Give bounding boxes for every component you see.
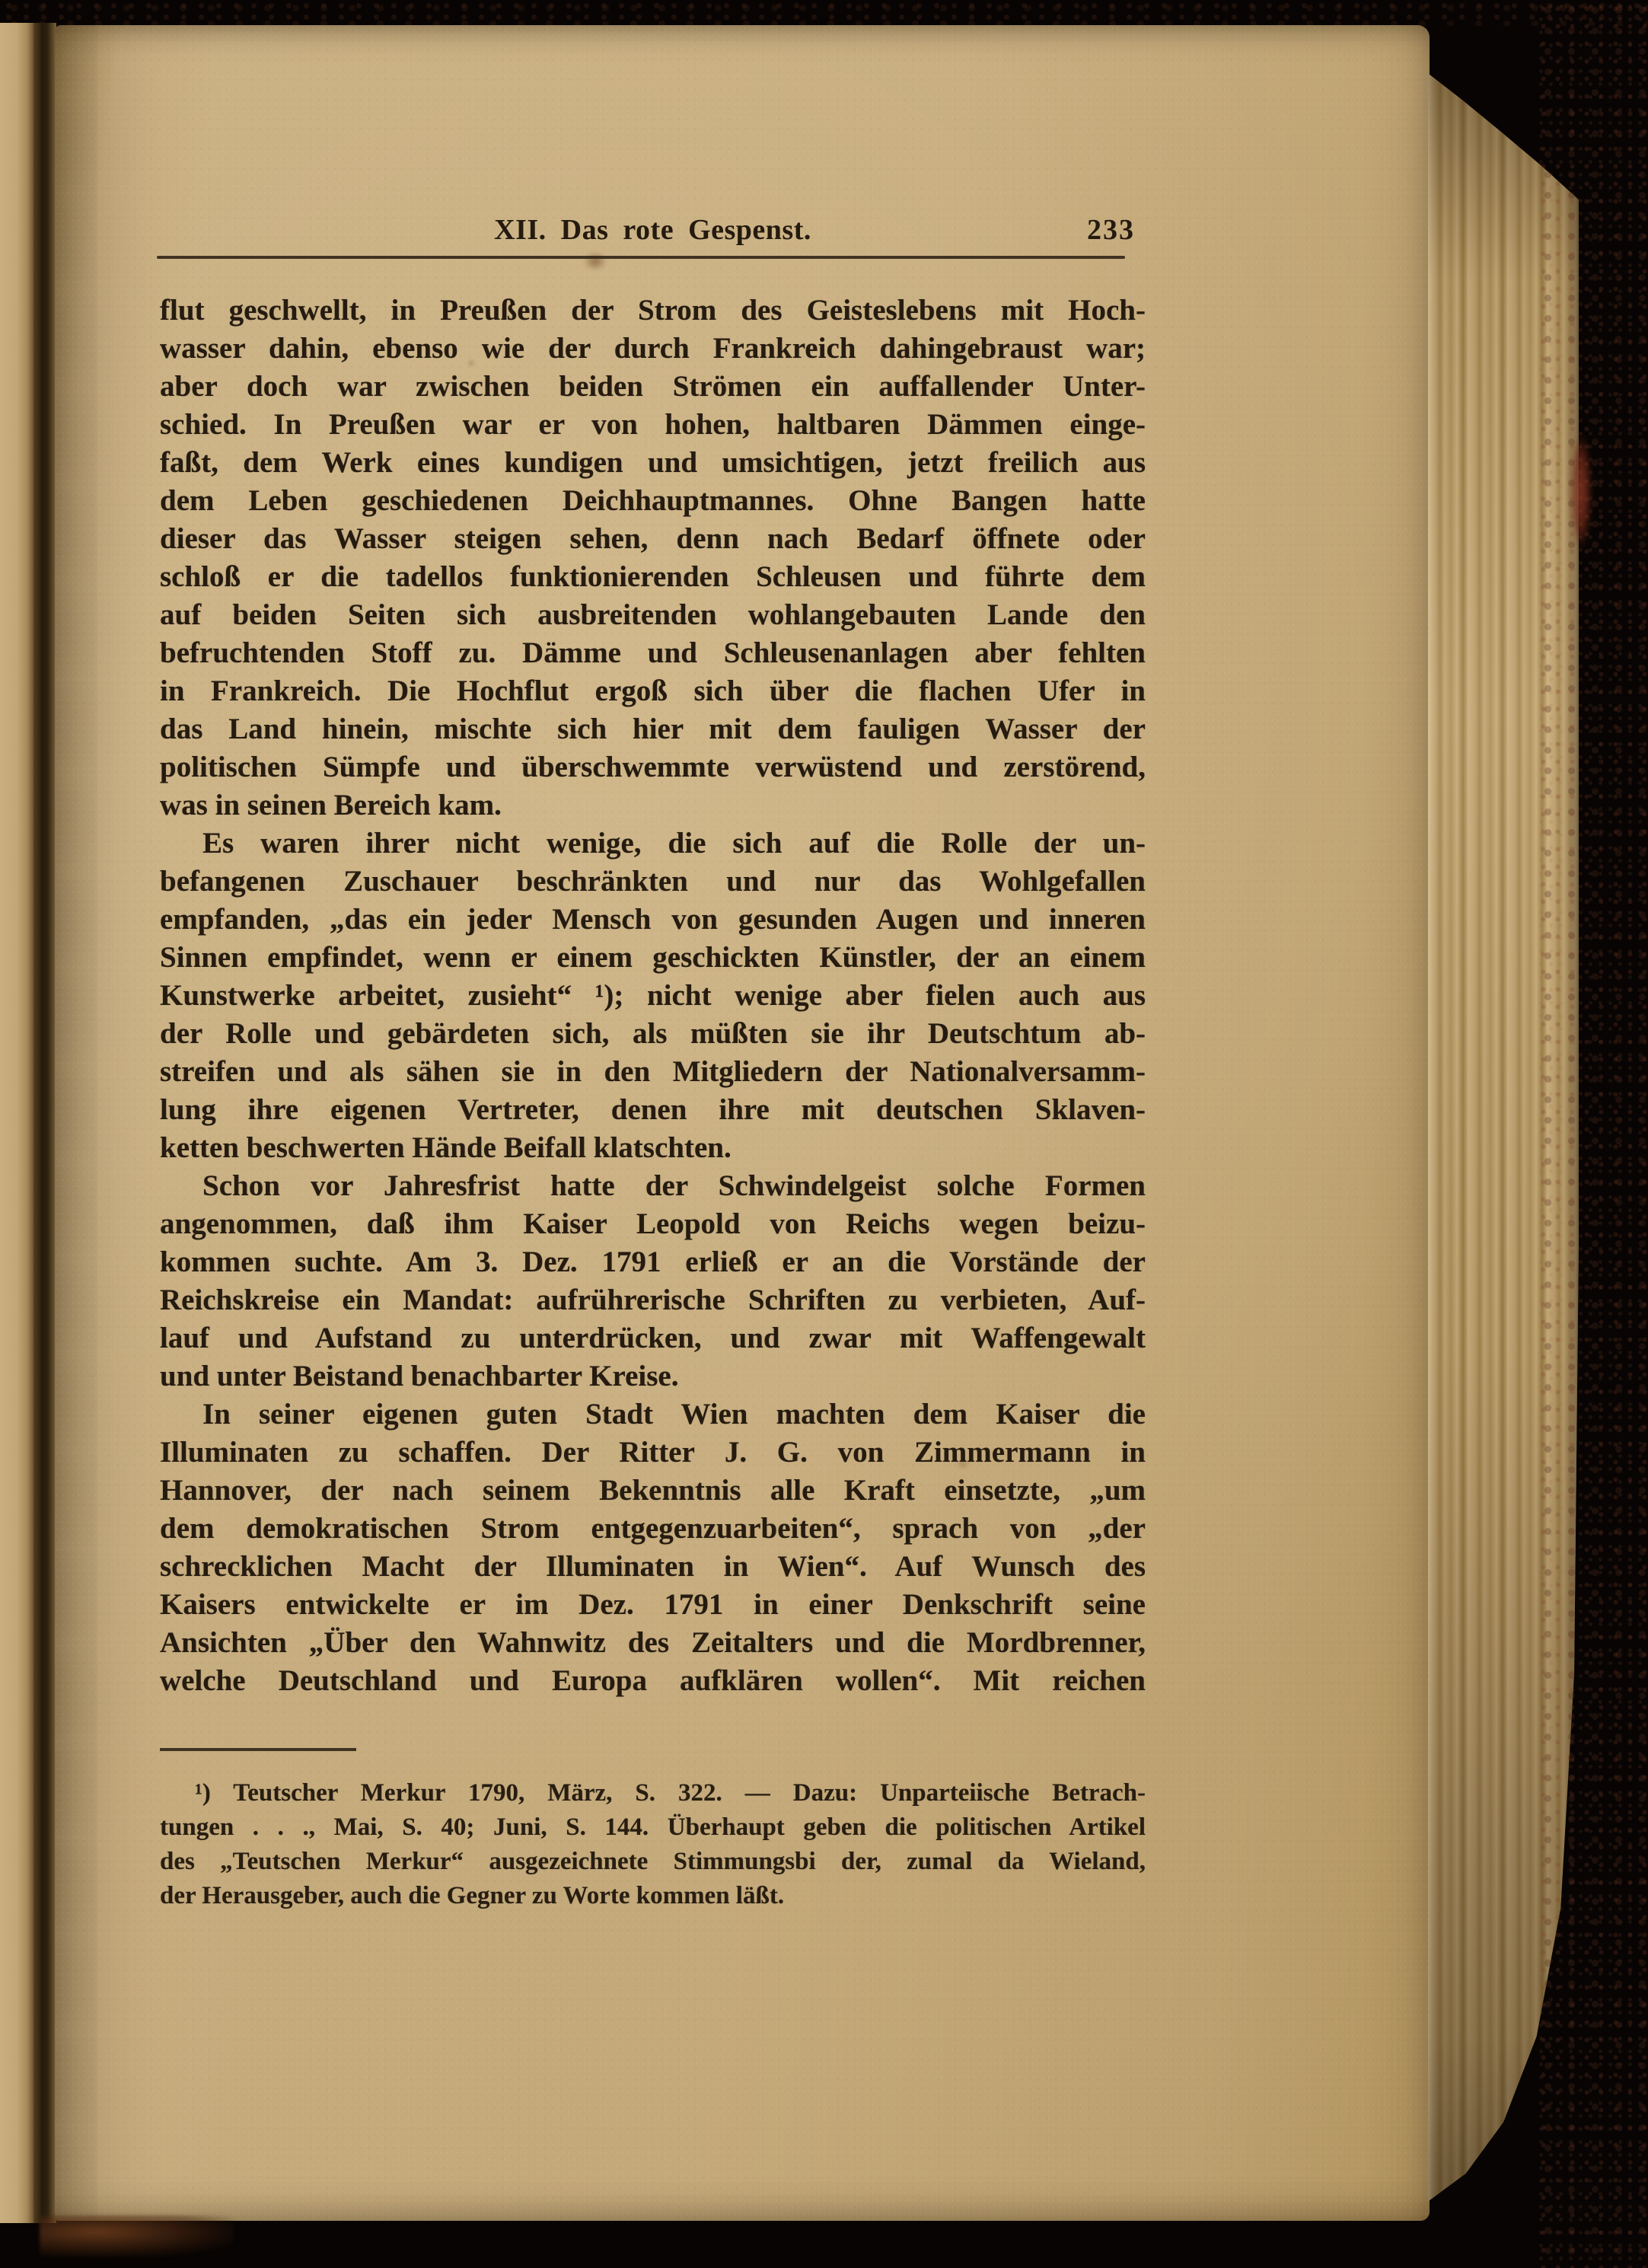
text-line: Ansichten „Über den Wahnwitz des Zeitalt… (160, 1624, 1146, 1662)
text-line: ¹) Teutscher Merkur 1790, März, S. 322. … (160, 1776, 1146, 1810)
text-line: empfanden, „das ein jeder Mensch von ges… (160, 901, 1146, 939)
book-cover-top-edge (0, 0, 1648, 26)
text-line: lung ihre eigenen Vertreter, denen ihre … (160, 1091, 1146, 1129)
text-line: Hannover, der nach seinem Bekenntnis all… (160, 1472, 1146, 1510)
footnote: ¹) Teutscher Merkur 1790, März, S. 322. … (160, 1776, 1146, 1913)
text-line: In seiner eigenen guten Stadt Wien macht… (160, 1396, 1146, 1434)
text-line: schloß er die tadellos funktionierenden … (160, 558, 1146, 596)
book-page: XII. Das rote Gespenst. 233 flut geschwe… (55, 25, 1430, 2221)
text-line: befruchtenden Stoff zu. Dämme und Schleu… (160, 634, 1146, 672)
text-line: schied. In Preußen war er von hohen, hal… (160, 406, 1146, 444)
text-line: kommen suchte. Am 3. Dez. 1791 erließ er… (160, 1243, 1146, 1281)
text-line: Sinnen empfindet, wenn er einem geschick… (160, 939, 1146, 977)
book-cover-marble (1536, 0, 1648, 2268)
gutter-shadow (33, 23, 56, 2223)
body-text: flut geschwellt, in Preußen der Strom de… (160, 292, 1146, 1700)
text-line: Reichskreise ein Mandat: aufrührerische … (160, 1281, 1146, 1319)
text-line: wasser dahin, ebenso wie der durch Frank… (160, 330, 1146, 368)
header-title: XII. Das rote Gespenst. (160, 212, 1146, 247)
text-line: ketten beschwerten Hände Beifall klatsch… (160, 1129, 1146, 1167)
text-line: auf beiden Seiten sich ausbreitenden woh… (160, 596, 1146, 634)
text-line: aber doch war zwischen beiden Strömen ei… (160, 368, 1146, 406)
paragraph: Es waren ihrer nicht wenige, die sich au… (160, 825, 1146, 1167)
text-line: und unter Beistand benachbarter Kreise. (160, 1357, 1146, 1396)
book-scan: XII. Das rote Gespenst. 233 flut geschwe… (0, 0, 1648, 2268)
text-line: faßt, dem Werk eines kundigen und umsich… (160, 444, 1146, 482)
text-line: tungen . . ., Mai, S. 40; Juni, S. 144. … (160, 1810, 1146, 1845)
text-line: Kunstwerke arbeitet, zusieht“ ¹); nicht … (160, 977, 1146, 1015)
text-line: dieser das Wasser steigen sehen, denn na… (160, 520, 1146, 558)
text-line: schrecklichen Macht der Illuminaten in W… (160, 1548, 1146, 1586)
paragraph: Schon vor Jahresfrist hatte der Schwinde… (160, 1167, 1146, 1396)
bottom-shadow-patch (40, 2215, 234, 2257)
paper-stain (579, 247, 612, 275)
paragraph: In seiner eigenen guten Stadt Wien macht… (160, 1396, 1146, 1700)
page-number: 233 (1087, 212, 1135, 247)
text-line: welche Deutschland und Europa aufklären … (160, 1662, 1146, 1700)
text-line: der Herausgeber, auch die Gegner zu Wort… (160, 1879, 1146, 1913)
text-line: Es waren ihrer nicht wenige, die sich au… (160, 825, 1146, 863)
text-line: politischen Sümpfe und überschwemmte ver… (160, 748, 1146, 786)
text-line: befangenen Zuschauer beschränkten und nu… (160, 863, 1146, 901)
text-line: flut geschwellt, in Preußen der Strom de… (160, 292, 1146, 330)
text-line: dem Leben geschiedenen Deichhauptmannes.… (160, 482, 1146, 520)
facing-page-edge (0, 23, 33, 2223)
text-line: der Rolle und gebärdeten sich, als müßte… (160, 1015, 1146, 1053)
footnote-rule (160, 1748, 356, 1751)
text-line: das Land hinein, mischte sich hier mit d… (160, 710, 1146, 748)
text-line: des „Teutschen Merkur“ ausgezeichnete St… (160, 1845, 1146, 1879)
text-line: Schon vor Jahresfrist hatte der Schwinde… (160, 1167, 1146, 1205)
text-line: dem demokratischen Strom entgegenzuarbei… (160, 1510, 1146, 1548)
header-rule (157, 256, 1125, 259)
paragraph: flut geschwellt, in Preußen der Strom de… (160, 292, 1146, 825)
text-line: in Frankreich. Die Hochflut ergoß sich ü… (160, 672, 1146, 710)
text-line: Illuminaten zu schaffen. Der Ritter J. G… (160, 1434, 1146, 1472)
text-line: lauf und Aufstand zu unterdrücken, und z… (160, 1319, 1146, 1357)
text-line: angenommen, daß ihm Kaiser Leopold von R… (160, 1205, 1146, 1243)
text-line: streifen und als sähen sie in den Mitgli… (160, 1053, 1146, 1091)
text-line: Kaisers entwickelte er im Dez. 1791 in e… (160, 1586, 1146, 1624)
text-line: was in seinen Bereich kam. (160, 786, 1146, 825)
running-header: XII. Das rote Gespenst. 233 (160, 212, 1146, 247)
